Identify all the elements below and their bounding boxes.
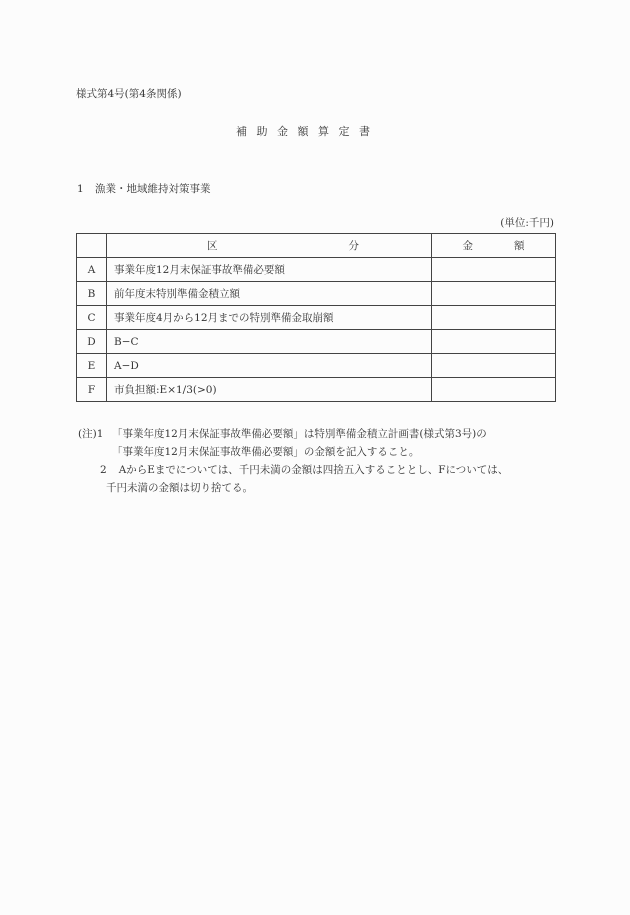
- row-description: 市負担額:E×1/3(>0): [107, 378, 432, 402]
- title-char: 算: [318, 125, 339, 138]
- table-row: A 事業年度12月末保証事故準備必要額: [77, 258, 556, 282]
- row-description: 事業年度12月末保証事故準備必要額: [107, 258, 432, 282]
- title-char: 助: [257, 125, 278, 138]
- row-description: 前年度末特別準備金積立額: [107, 282, 432, 306]
- row-description: 事業年度4月から12月までの特別準備金取崩額: [107, 306, 432, 330]
- title-char: 定: [339, 125, 360, 138]
- note-text: AからEまでについては、千円未満の金額は四捨五入することとし、Fについては、: [119, 464, 509, 476]
- section-number: 1: [77, 183, 95, 195]
- note-text: 「事業年度12月末保証事故準備必要額」は特別準備金積立計画書(様式第3号)の: [112, 428, 487, 440]
- header-amount-char: 額: [514, 238, 525, 253]
- table-row: E A−D: [77, 354, 556, 378]
- row-amount: [432, 330, 556, 354]
- header-amount-char: 金: [463, 238, 474, 253]
- section-title: 漁業・地域維持対策事業: [95, 183, 211, 195]
- table-row: F 市負担額:E×1/3(>0): [77, 378, 556, 402]
- row-key: C: [77, 306, 107, 330]
- note-text: 「事業年度12月末保証事故準備必要額」の金額を記入すること。: [112, 446, 419, 458]
- row-key: B: [77, 282, 107, 306]
- row-key: F: [77, 378, 107, 402]
- row-description: A−D: [107, 354, 432, 378]
- note-1-line-1: (注)1「事業年度12月末保証事故準備必要額」は特別準備金積立計画書(様式第3号…: [78, 425, 508, 443]
- header-key: [77, 234, 107, 258]
- row-key: E: [77, 354, 107, 378]
- note-2-line-2: 千円未満の金額は切り捨てる。: [78, 479, 508, 497]
- note-prefix: (注)1: [78, 425, 112, 443]
- section-heading: 1漁業・地域維持対策事業: [77, 181, 211, 196]
- table-row: B 前年度末特別準備金積立額: [77, 282, 556, 306]
- header-description: 区 分: [107, 234, 432, 258]
- table-row: C 事業年度4月から12月までの特別準備金取崩額: [77, 306, 556, 330]
- notes: (注)1「事業年度12月末保証事故準備必要額」は特別準備金積立計画書(様式第3号…: [78, 425, 508, 497]
- note-text: 千円未満の金額は切り捨てる。: [106, 482, 253, 494]
- header-description-char: 分: [349, 238, 360, 253]
- row-key: D: [77, 330, 107, 354]
- row-amount: [432, 354, 556, 378]
- title-char: 金: [277, 125, 298, 138]
- title-char: 書: [359, 125, 380, 138]
- row-description: B−C: [107, 330, 432, 354]
- calculation-table: 区 分 金 額 A 事業年度12月末保証事故準備必要額 B 前年度末特別準備金積…: [76, 233, 556, 402]
- document-title: 補助金額算定書: [236, 123, 380, 139]
- note-number: 2: [100, 461, 112, 479]
- row-amount: [432, 258, 556, 282]
- row-key: A: [77, 258, 107, 282]
- table-header-row: 区 分 金 額: [77, 234, 556, 258]
- header-amount: 金 額: [432, 234, 556, 258]
- title-char: 額: [298, 125, 319, 138]
- row-amount: [432, 282, 556, 306]
- table-row: D B−C: [77, 330, 556, 354]
- note-2-line-1: 2 AからEまでについては、千円未満の金額は四捨五入することとし、Fについては、: [78, 461, 508, 479]
- title-char: 補: [236, 125, 257, 138]
- form-number: 様式第4号(第4条関係): [76, 86, 182, 101]
- row-amount: [432, 306, 556, 330]
- unit-label: (単位:千円): [500, 215, 554, 230]
- row-amount: [432, 378, 556, 402]
- note-1-line-2: 「事業年度12月末保証事故準備必要額」の金額を記入すること。: [78, 443, 508, 461]
- header-description-char: 区: [207, 238, 218, 253]
